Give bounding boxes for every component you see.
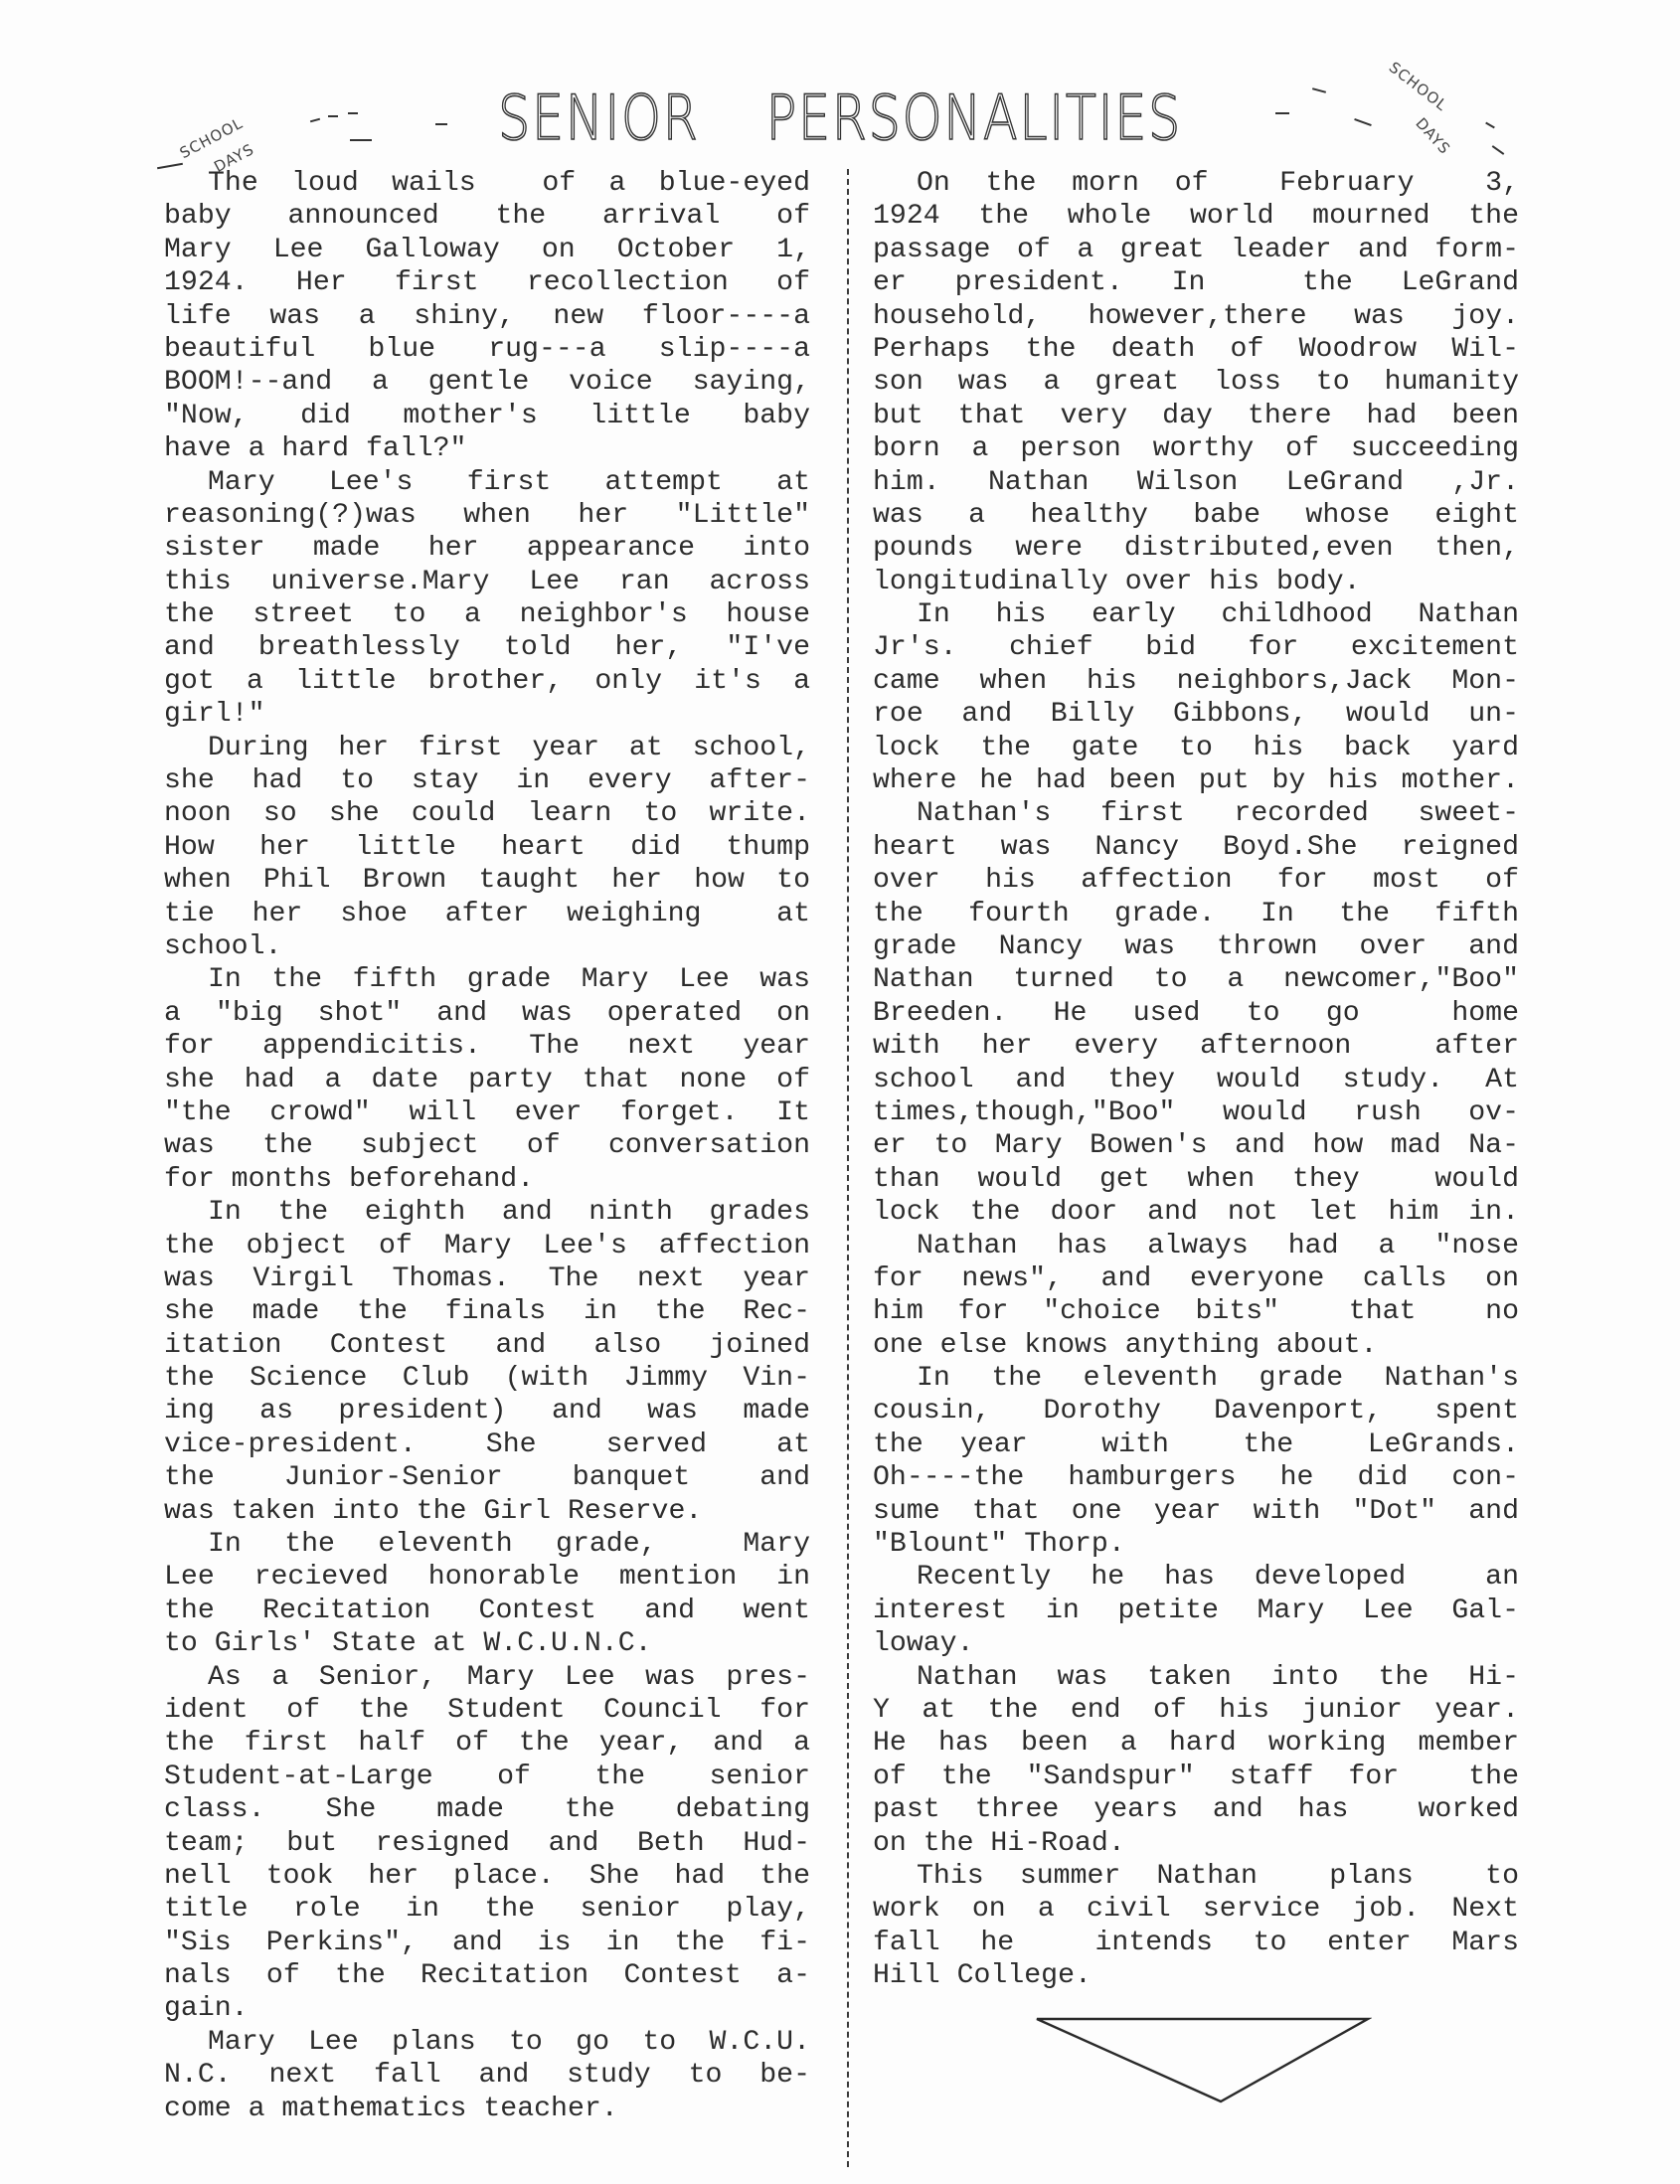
text-line: Mary Lee's first attempt at: [164, 466, 810, 499]
text-line: born a person worthy of succeeding: [873, 432, 1519, 465]
text-line: the year with the LeGrands.: [873, 1428, 1519, 1461]
text-line: the street to a neighbor's house: [164, 598, 810, 631]
text-line: heart was Nancy Boyd.She reigned: [873, 831, 1519, 864]
text-line: but that very day there had been: [873, 400, 1519, 432]
text-line: beautiful blue rug---a slip----a: [164, 333, 810, 366]
text-line: baby announced the arrival of: [164, 200, 810, 233]
text-line: roe and Billy Gibbons, would un-: [873, 698, 1519, 731]
text-line: sume that one year with "Dot" and: [873, 1495, 1519, 1528]
article-nathan-legrand: On the morn of February 3,1924 the whole…: [873, 167, 1519, 1992]
text-line: was taken into the Girl Reserve.: [164, 1495, 810, 1528]
text-line: she had a date party that none of: [164, 1064, 810, 1096]
text-line: passage of a great leader and form-: [873, 234, 1519, 266]
text-line: er to Mary Bowen's and how mad Na-: [873, 1129, 1519, 1162]
text-line: for appendicitis. The next year: [164, 1030, 810, 1063]
text-line: Hill College.: [873, 1959, 1519, 1992]
text-line: for months beforehand.: [164, 1163, 810, 1196]
text-line: when Phil Brown taught her how to: [164, 864, 810, 897]
text-line: was a healthy babe whose eight: [873, 499, 1519, 532]
decoration-dash: [1275, 112, 1289, 114]
text-line: gain.: [164, 1992, 810, 2025]
text-line: In his early childhood Nathan: [873, 598, 1519, 631]
text-line: Mary Lee plans to go to W.C.U.: [164, 2026, 810, 2059]
text-line: As a Senior, Mary Lee was pres-: [164, 1661, 810, 1694]
text-line: "the crowd" will ever forget. It: [164, 1096, 810, 1129]
text-line: During her first year at school,: [164, 732, 810, 764]
text-line: come a mathematics teacher.: [164, 2093, 810, 2125]
text-line: girl!": [164, 698, 810, 731]
text-line: 1924. Her first recollection of: [164, 266, 810, 299]
text-line: sister made her appearance into: [164, 532, 810, 565]
text-line: grade Nancy was thrown over and: [873, 930, 1519, 963]
text-line: er president. In the LeGrand: [873, 266, 1519, 299]
text-line: was Virgil Thomas. The next year: [164, 1262, 810, 1295]
text-line: on the Hi-Road.: [873, 1827, 1519, 1860]
text-line: 1924 the whole world mourned the: [873, 200, 1519, 233]
text-line: than would get when they would: [873, 1163, 1519, 1196]
document-page: SCHOOL DAYS SENIOR PERSONALITIES SCHOOL …: [0, 0, 1680, 2184]
text-line: the first half of the year, and a: [164, 1727, 810, 1760]
text-line: she made the finals in the Rec-: [164, 1295, 810, 1328]
text-line: Nathan was taken into the Hi-: [873, 1661, 1519, 1694]
text-line: The loud wails of a blue-eyed: [164, 167, 810, 200]
text-line: nals of the Recitation Contest a-: [164, 1959, 810, 1992]
text-line: times,though,"Boo" would rush ov-: [873, 1096, 1519, 1129]
text-line: Oh----the hamburgers he did con-: [873, 1461, 1519, 1494]
article-mary-lee-galloway: The loud wails of a blue-eyedbaby announ…: [164, 167, 810, 2125]
text-line: lock the door and not let him in.: [873, 1196, 1519, 1229]
text-line: Mary Lee Galloway on October 1,: [164, 234, 810, 266]
text-line: N.C. next fall and study to be-: [164, 2059, 810, 2092]
text-line: "Blount" Thorp.: [873, 1528, 1519, 1561]
text-line: work on a civil service job. Next: [873, 1893, 1519, 1926]
text-line: of the "Sandspur" staff for the: [873, 1761, 1519, 1793]
text-line: school.: [164, 930, 810, 963]
text-line: Nathan turned to a newcomer,"Boo": [873, 963, 1519, 996]
text-line: noon so she could learn to write.: [164, 797, 810, 830]
text-line: this universe.Mary Lee ran across: [164, 566, 810, 598]
inverted-triangle-ornament: [1034, 2016, 1372, 2105]
text-line: He has been a hard working member: [873, 1727, 1519, 1760]
text-line: Breeden. He used to go home: [873, 997, 1519, 1030]
text-line: team; but resigned and Beth Hud-: [164, 1827, 810, 1860]
text-line: "Sis Perkins", and is in the fi-: [164, 1927, 810, 1959]
text-line: Perhaps the death of Woodrow Wil-: [873, 333, 1519, 366]
text-line: class. She made the debating: [164, 1793, 810, 1826]
text-line: school and they would study. At: [873, 1064, 1519, 1096]
text-line: the fourth grade. In the fifth: [873, 898, 1519, 930]
text-line: him for "choice bits" that no: [873, 1295, 1519, 1328]
text-line: came when his neighbors,Jack Mon-: [873, 665, 1519, 698]
text-line: In the eleventh grade, Mary: [164, 1528, 810, 1561]
text-line: the Science Club (with Jimmy Vin-: [164, 1362, 810, 1395]
text-line: Jr's. chief bid for excitement: [873, 631, 1519, 664]
text-line: for news", and everyone calls on: [873, 1262, 1519, 1295]
text-line: title role in the senior play,: [164, 1893, 810, 1926]
text-line: past three years and has worked: [873, 1793, 1519, 1826]
text-line: life was a shiny, new floor----a: [164, 300, 810, 333]
text-line: got a little brother, only it's a: [164, 665, 810, 698]
text-line: Nathan's first recorded sweet-: [873, 797, 1519, 830]
text-line: tie her shoe after weighing at: [164, 898, 810, 930]
text-line: ing as president) and was made: [164, 1395, 810, 1428]
text-line: "Now, did mother's little baby: [164, 400, 810, 432]
text-line: with her every afternoon after: [873, 1030, 1519, 1063]
text-line: vice-president. She served at: [164, 1428, 810, 1461]
text-line: son was a great loss to humanity: [873, 366, 1519, 399]
text-line: On the morn of February 3,: [873, 167, 1519, 200]
text-line: him. Nathan Wilson LeGrand ,Jr.: [873, 466, 1519, 499]
text-line: loway.: [873, 1627, 1519, 1660]
text-line: Lee recieved honorable mention in: [164, 1561, 810, 1594]
text-line: over his affection for most of: [873, 864, 1519, 897]
text-line: fall he intends to enter Mars: [873, 1927, 1519, 1959]
text-line: she had to stay in every after-: [164, 764, 810, 797]
text-line: In the eighth and ninth grades: [164, 1196, 810, 1229]
text-line: Y at the end of his junior year.: [873, 1694, 1519, 1727]
text-line: interest in petite Mary Lee Gal-: [873, 1595, 1519, 1627]
column-divider: [847, 169, 849, 2167]
text-line: cousin, Dorothy Davenport, spent: [873, 1395, 1519, 1428]
text-line: and breathlessly told her, "I've: [164, 631, 810, 664]
text-line: longitudinally over his body.: [873, 566, 1519, 598]
text-line: a "big shot" and was operated on: [164, 997, 810, 1030]
text-line: the Recitation Contest and went: [164, 1595, 810, 1627]
text-line: lock the gate to his back yard: [873, 732, 1519, 764]
text-line: itation Contest and also joined: [164, 1329, 810, 1362]
text-line: have a hard fall?": [164, 432, 810, 465]
text-line: Nathan has always had a "nose: [873, 1230, 1519, 1262]
text-line: reasoning(?)was when her "Little": [164, 499, 810, 532]
text-line: This summer Nathan plans to: [873, 1860, 1519, 1893]
text-line: nell took her place. She had the: [164, 1860, 810, 1893]
text-line: where he had been put by his mother.: [873, 764, 1519, 797]
text-line: Student-at-Large of the senior: [164, 1761, 810, 1793]
text-line: How her little heart did thump: [164, 831, 810, 864]
text-line: the object of Mary Lee's affection: [164, 1230, 810, 1262]
text-line: In the eleventh grade Nathan's: [873, 1362, 1519, 1395]
text-line: the Junior-Senior banquet and: [164, 1461, 810, 1494]
text-line: In the fifth grade Mary Lee was: [164, 963, 810, 996]
text-line: pounds were distributed,even then,: [873, 532, 1519, 565]
text-line: to Girls' State at W.C.U.N.C.: [164, 1627, 810, 1660]
text-line: household, however,there was joy.: [873, 300, 1519, 333]
text-line: Recently he has developed an: [873, 1561, 1519, 1594]
text-line: was the subject of conversation: [164, 1129, 810, 1162]
text-line: one else knows anything about.: [873, 1329, 1519, 1362]
text-line: BOOM!--and a gentle voice saying,: [164, 366, 810, 399]
text-line: ident of the Student Council for: [164, 1694, 810, 1727]
